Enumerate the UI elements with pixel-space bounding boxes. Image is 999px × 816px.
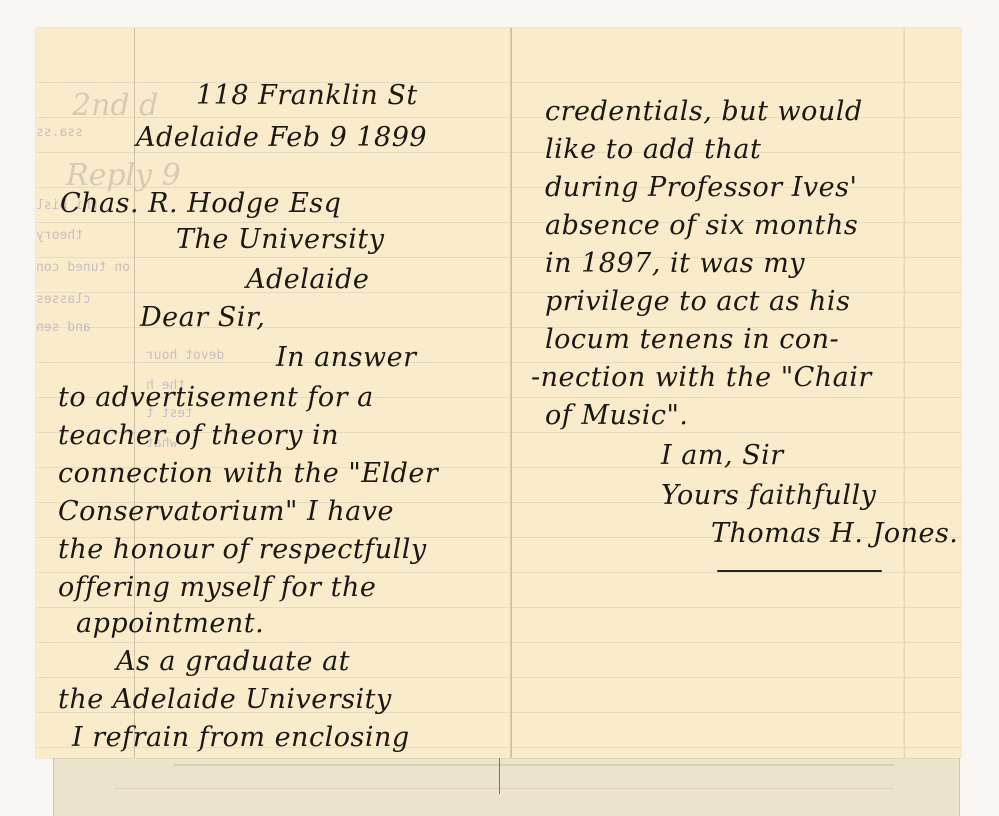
salutation: Dear Sir, — [140, 302, 265, 333]
body-line: I refrain from enclosing — [72, 722, 410, 753]
recipient-city: Adelaide — [246, 264, 369, 295]
bleed-through-typewriting: classes — [36, 292, 91, 307]
recipient-institution: The University — [176, 224, 384, 255]
bleed-through-typewriting: and sen — [36, 320, 91, 335]
fold-crease — [903, 28, 904, 758]
underlying-sheet-faint-text — [174, 764, 894, 766]
recipient-name: Chas. R. Hodge Esq — [60, 188, 341, 219]
body-line: offering myself for the — [58, 572, 376, 603]
center-fold-margin — [511, 28, 512, 758]
closing-line: I am, Sir — [661, 440, 784, 471]
underlying-sheet — [53, 754, 960, 816]
body-line: -nection with the "Chair — [531, 362, 872, 393]
body-line: of Music". — [545, 400, 688, 431]
bleed-through-typewriting: devot hour — [146, 348, 224, 363]
underlying-sheet-faint-line — [114, 788, 894, 789]
bleed-through-typewriting: on tuned con — [36, 260, 130, 275]
letter-sheet: 2nd d Reply 9 ssa.ss rhi bisl theory on … — [36, 28, 961, 758]
body-line: connection with the "Elder — [58, 458, 438, 489]
body-line: In answer — [276, 342, 416, 373]
body-line: credentials, but would — [545, 96, 863, 127]
body-line: in 1897, it was my — [545, 248, 805, 279]
signature-flourish — [717, 570, 882, 572]
body-line: the Adelaide University — [58, 684, 392, 715]
underlying-sheet-fold — [499, 754, 500, 794]
body-line: Conservatorium" I have — [58, 496, 394, 527]
letter-date: Adelaide Feb 9 1899 — [136, 122, 427, 153]
closing-valediction: Yours faithfully — [661, 480, 876, 511]
bleed-through-typewriting: theory — [36, 228, 83, 243]
bleed-through-typewriting: ssa.ss — [36, 125, 83, 140]
letter-page-left: 2nd d Reply 9 ssa.ss rhi bisl theory on … — [36, 28, 511, 758]
body-line: like to add that — [545, 134, 761, 165]
letter-page-right: credentials, but would like to add that … — [511, 28, 961, 758]
bleed-through-handwriting: 2nd d — [72, 88, 158, 123]
signature: Thomas H. Jones. — [711, 518, 958, 549]
body-line: during Professor Ives' — [545, 172, 857, 203]
body-line: the honour of respectfully — [58, 534, 427, 565]
body-line: locum tenens in con- — [545, 324, 839, 355]
body-line: to advertisement for a — [58, 382, 374, 413]
body-line: appointment. — [76, 608, 264, 639]
body-line: absence of six months — [545, 210, 858, 241]
body-line: privilege to act as his — [545, 286, 850, 317]
sender-address: 118 Franklin St — [196, 80, 418, 111]
body-line: teacher of theory in — [58, 420, 339, 451]
body-line: As a graduate at — [116, 646, 350, 677]
